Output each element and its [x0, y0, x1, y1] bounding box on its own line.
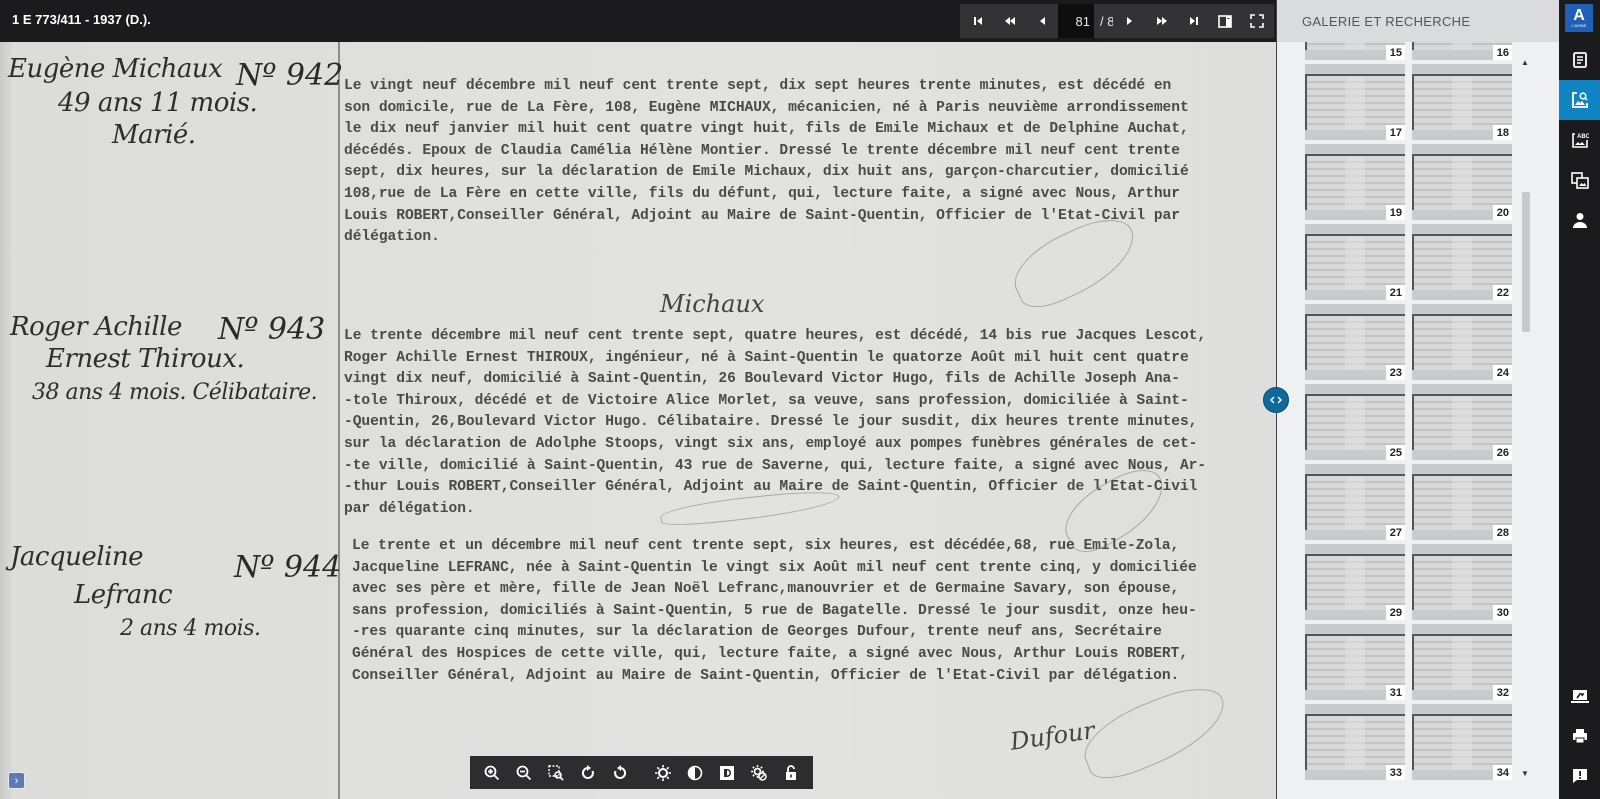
- margin-rule: [338, 42, 340, 799]
- print-icon: [1572, 728, 1588, 744]
- act-line: 108,rue de La Fère en cette ville, fils …: [344, 184, 1189, 206]
- thumbnail-page-number: 23: [1386, 365, 1405, 380]
- declarant-signature: Dufour: [1008, 716, 1096, 756]
- act-line: le dix neuf janvier mil huit cent quatre…: [344, 119, 1189, 141]
- invert-icon: [719, 765, 735, 781]
- margin-name-line: Jacqueline: [10, 542, 143, 572]
- page-number-input[interactable]: [1058, 4, 1094, 38]
- margin-name-line: Roger Achille: [10, 312, 182, 342]
- act-number: Nº 944: [234, 550, 341, 585]
- fast-forward-icon: [1156, 16, 1168, 26]
- act-line: son domicile, rue de La Fère, 108, Eugèn…: [344, 98, 1189, 120]
- act-number: Nº 943: [218, 312, 325, 347]
- rail-report-problem[interactable]: [1559, 756, 1600, 796]
- page-thumbnail[interactable]: 27: [1305, 464, 1405, 540]
- compare-images-icon: [1571, 171, 1589, 189]
- image-adjust-toolbar: [641, 756, 813, 789]
- margin-name-line: Lefranc: [74, 580, 172, 610]
- act-line: Louis ROBERT,Conseiller Général, Adjoint…: [344, 206, 1189, 228]
- next-page-icon: [1126, 16, 1134, 26]
- margin-name-line: Eugène Michaux: [8, 54, 222, 84]
- thumbnail-page-number: 34: [1493, 765, 1512, 780]
- thumbnail-page-number: 21: [1386, 285, 1405, 300]
- contrast-button[interactable]: [679, 756, 711, 789]
- officer-signature: [1074, 676, 1236, 788]
- act-line: -Quentin, 26,Boulevard Victor Hugo. Céli…: [344, 412, 1206, 434]
- gallery-title: GALERIE ET RECHERCHE: [1277, 0, 1559, 42]
- thumbnail-image: [1412, 714, 1512, 770]
- page-thumbnail[interactable]: 29: [1305, 544, 1405, 620]
- thumbnail-image: [1305, 474, 1405, 530]
- page-thumbnail[interactable]: 33: [1305, 704, 1405, 780]
- thumbnail-page-number: 32: [1493, 685, 1512, 700]
- document-viewer: 1 E 773/411 - 1937 (D.). / 87: [0, 0, 1276, 799]
- thumbnail-image: [1412, 74, 1512, 130]
- thumbnail-image: [1412, 554, 1512, 610]
- zoom-in-icon: [484, 765, 500, 781]
- next-page-button[interactable]: [1114, 4, 1146, 38]
- act-line: vingt dix neuf, domicilié à Saint-Quenti…: [344, 369, 1206, 391]
- first-page-button[interactable]: [962, 4, 994, 38]
- page-thumbnail[interactable]: 24: [1412, 304, 1512, 380]
- viewer-toolbar: 1 E 773/411 - 1937 (D.). / 87: [0, 0, 1276, 42]
- thumbnail-image: [1305, 634, 1405, 690]
- page-thumbnail[interactable]: 17: [1305, 64, 1405, 140]
- resize-handle[interactable]: [1263, 387, 1289, 413]
- thumbnail-page-number: 31: [1386, 685, 1405, 700]
- first-page-icon: [973, 16, 983, 26]
- document-info-icon: [1572, 52, 1588, 68]
- page-thumbnail[interactable]: 18: [1412, 64, 1512, 140]
- act-line: sept, dix heures, sur la déclaration de …: [344, 162, 1189, 184]
- act-line: -tole Thiroux, décédé et de Victoire Ali…: [344, 391, 1206, 413]
- page-thumbnail[interactable]: 20: [1412, 144, 1512, 220]
- logo-text: L'AISNE: [1572, 24, 1587, 28]
- previous-page-button[interactable]: [1026, 4, 1058, 38]
- toggle-panel-icon: [1218, 15, 1232, 28]
- thumbnail-image: [1305, 394, 1405, 450]
- page-thumbnail[interactable]: 26: [1412, 384, 1512, 460]
- death-act-text: Le trente et un décembre mil neuf cent t…: [352, 536, 1197, 687]
- gallery-scrollbar[interactable]: ▲ ▼: [1520, 56, 1530, 776]
- register-page-image[interactable]: Eugène Michaux 49 ans 11 mois. Marié. Nº…: [0, 42, 1276, 799]
- page-thumbnail[interactable]: 34: [1412, 704, 1512, 780]
- chevron-right-icon: ›: [15, 775, 19, 787]
- thumbnail-page-number: 30: [1493, 605, 1512, 620]
- rotate-clockwise-icon: [580, 765, 596, 781]
- rail-compare-images[interactable]: [1559, 160, 1600, 200]
- logo-mark-icon: A: [1573, 8, 1585, 24]
- expand-left-panel-button[interactable]: ›: [9, 773, 24, 788]
- gallery-panel: GALERIE ET RECHERCHE 1516171819202122232…: [1277, 0, 1559, 799]
- thumbnail-image: [1412, 154, 1512, 210]
- scroll-down-arrow-icon[interactable]: ▼: [1520, 769, 1530, 778]
- page-thumbnail[interactable]: 30: [1412, 544, 1512, 620]
- thumbnail-image: [1412, 474, 1512, 530]
- pager-controls: / 87: [960, 4, 1132, 38]
- zoom-selection-icon: [548, 765, 564, 781]
- scroll-up-arrow-icon[interactable]: ▲: [1520, 58, 1530, 67]
- thumbnail-page-number: 29: [1386, 605, 1405, 620]
- death-act-text: Le vingt neuf décembre mil neuf cent tre…: [344, 76, 1189, 249]
- last-page-button[interactable]: [1178, 4, 1210, 38]
- margin-age-line: 2 ans 4 mois.: [120, 616, 260, 641]
- page-thumbnail[interactable]: 15: [1305, 42, 1405, 60]
- death-act-text: Le trente décembre mil neuf cent trente …: [344, 326, 1206, 520]
- thumbnail-image: [1305, 74, 1405, 130]
- act-line: Jacqueline LEFRANC, née à Saint-Quentin …: [352, 558, 1197, 580]
- rail-text-recognition[interactable]: ABC: [1559, 120, 1600, 160]
- fullscreen-button[interactable]: [1241, 4, 1273, 38]
- resize-arrows-icon: [1270, 396, 1282, 404]
- act-number: Nº 942: [236, 58, 343, 93]
- document-title: 1 E 773/411 - 1937 (D.).: [12, 12, 151, 27]
- page-thumbnail[interactable]: 22: [1412, 224, 1512, 300]
- report-icon: [1572, 768, 1588, 784]
- page-separator: /: [1100, 14, 1104, 29]
- scrollbar-thumb[interactable]: [1522, 192, 1530, 332]
- rotate-counterclockwise-icon: [612, 765, 628, 781]
- previous-page-icon: [1038, 16, 1046, 26]
- page-thumbnail[interactable]: 28: [1412, 464, 1512, 540]
- thumbnail-image: [1305, 314, 1405, 370]
- act-line: Roger Achille Ernest THIROUX, ingénieur,…: [344, 348, 1206, 370]
- share-icon: [1571, 688, 1589, 704]
- brightness-button[interactable]: [647, 756, 679, 789]
- thumbnail-page-number: 26: [1493, 445, 1512, 460]
- zoom-rotate-toolbar: [470, 756, 642, 789]
- thumbnail-image: [1305, 714, 1405, 770]
- unlock-icon: [784, 765, 798, 781]
- toggle-panel-button[interactable]: [1209, 4, 1241, 38]
- page-thumbnail[interactable]: 31: [1305, 624, 1405, 700]
- page-thumbnail[interactable]: 32: [1412, 624, 1512, 700]
- user-icon: [1572, 212, 1588, 228]
- thumbnail-page-number: 16: [1493, 45, 1512, 60]
- act-line: -res quarante cinq minutes, sur la décla…: [352, 622, 1197, 644]
- rail-document-info[interactable]: [1559, 40, 1600, 80]
- margin-status-line: Marié.: [112, 120, 196, 150]
- thumbnail-page-number: 22: [1493, 285, 1512, 300]
- thumbnail-image: [1305, 554, 1405, 610]
- act-line: Général des Hospices de cette ville, qui…: [352, 644, 1197, 666]
- thumbnail-page-number: 15: [1386, 45, 1405, 60]
- reset-adjustments-icon: [751, 765, 767, 781]
- invert-button[interactable]: [711, 756, 743, 789]
- page-thumbnail[interactable]: 16: [1412, 42, 1512, 60]
- last-page-icon: [1189, 16, 1199, 26]
- rail-print[interactable]: [1559, 716, 1600, 756]
- fast-forward-button[interactable]: [1146, 4, 1178, 38]
- text-recognition-icon: ABC: [1571, 131, 1589, 149]
- thumbnail-page-number: 25: [1386, 445, 1405, 460]
- declarant-signature: Michaux: [660, 290, 764, 318]
- archive-viewer-app: 1 E 773/411 - 1937 (D.). / 87: [0, 0, 1600, 799]
- act-line: sur la déclaration de Adolphe Stoops, vi…: [344, 434, 1206, 456]
- rail-user-account[interactable]: [1559, 200, 1600, 240]
- page-thumbnail[interactable]: 25: [1305, 384, 1405, 460]
- thumbnail-page-number: 20: [1493, 205, 1512, 220]
- page-thumbnail[interactable]: 23: [1305, 304, 1405, 380]
- fast-backward-button[interactable]: [994, 4, 1026, 38]
- act-line: Conseiller Général, Adjoint au Maire de …: [352, 666, 1197, 688]
- image-search-icon: [1571, 91, 1589, 109]
- act-line: -te ville, domicilié à Saint-Quentin, 43…: [344, 456, 1206, 478]
- reset-adjustments-button[interactable]: [743, 756, 775, 789]
- thumbnail-page-number: 18: [1493, 125, 1512, 140]
- margin-name-line: Ernest Thiroux.: [46, 344, 244, 374]
- page-thumbnail[interactable]: 19: [1305, 144, 1405, 220]
- act-line: avec ses père et mère, fille de Jean Noë…: [352, 579, 1197, 601]
- fast-backward-icon: [1004, 16, 1016, 26]
- zoom-in-button[interactable]: [476, 756, 508, 789]
- margin-age-line: 49 ans 11 mois.: [58, 88, 257, 118]
- thumbnail-image: [1305, 234, 1405, 290]
- zoom-selection-button[interactable]: [540, 756, 572, 789]
- thumbnail-grid: 1516171819202122232425262728293031323334: [1305, 42, 1535, 782]
- pager-next-controls: [1113, 4, 1211, 38]
- margin-age-line: 38 ans 4 mois. Célibataire.: [32, 380, 317, 405]
- zoom-out-icon: [516, 765, 532, 781]
- page-thumbnail[interactable]: 21: [1305, 224, 1405, 300]
- aisne-logo[interactable]: AL'AISNE: [1565, 4, 1593, 32]
- act-line: décédés. Epoux de Claudia Camélia Hélène…: [344, 141, 1189, 163]
- thumbnail-page-number: 33: [1386, 765, 1405, 780]
- thumbnail-image: [1412, 234, 1512, 290]
- thumbnail-image: [1305, 154, 1405, 210]
- thumbnail-page-number: 24: [1493, 365, 1512, 380]
- thumbnail-page-number: 27: [1386, 525, 1405, 540]
- rail-image-search[interactable]: [1559, 80, 1600, 120]
- thumbnail-image: [1412, 314, 1512, 370]
- zoom-out-button[interactable]: [508, 756, 540, 789]
- act-line: Le trente décembre mil neuf cent trente …: [344, 326, 1206, 348]
- svg-text:ABC: ABC: [1577, 134, 1589, 140]
- fullscreen-icon: [1250, 14, 1264, 28]
- rail-share[interactable]: [1559, 676, 1600, 716]
- unlock-button[interactable]: [775, 756, 807, 789]
- thumbnail-page-number: 17: [1386, 125, 1405, 140]
- act-line: Le trente et un décembre mil neuf cent t…: [352, 536, 1197, 558]
- rotate-clockwise-button[interactable]: [572, 756, 604, 789]
- thumbnail-page-number: 28: [1493, 525, 1512, 540]
- contrast-icon: [687, 765, 703, 781]
- brightness-icon: [655, 765, 671, 781]
- thumbnail-image: [1412, 394, 1512, 450]
- right-sidebar: AL'AISNE ABC: [1559, 0, 1600, 799]
- act-line: Le vingt neuf décembre mil neuf cent tre…: [344, 76, 1189, 98]
- thumbnail-image: [1412, 634, 1512, 690]
- act-line: sans profession, domiciliés à Saint-Quen…: [352, 601, 1197, 623]
- rotate-counterclockwise-button[interactable]: [604, 756, 636, 789]
- view-controls: [1208, 4, 1274, 38]
- thumbnail-page-number: 19: [1386, 205, 1405, 220]
